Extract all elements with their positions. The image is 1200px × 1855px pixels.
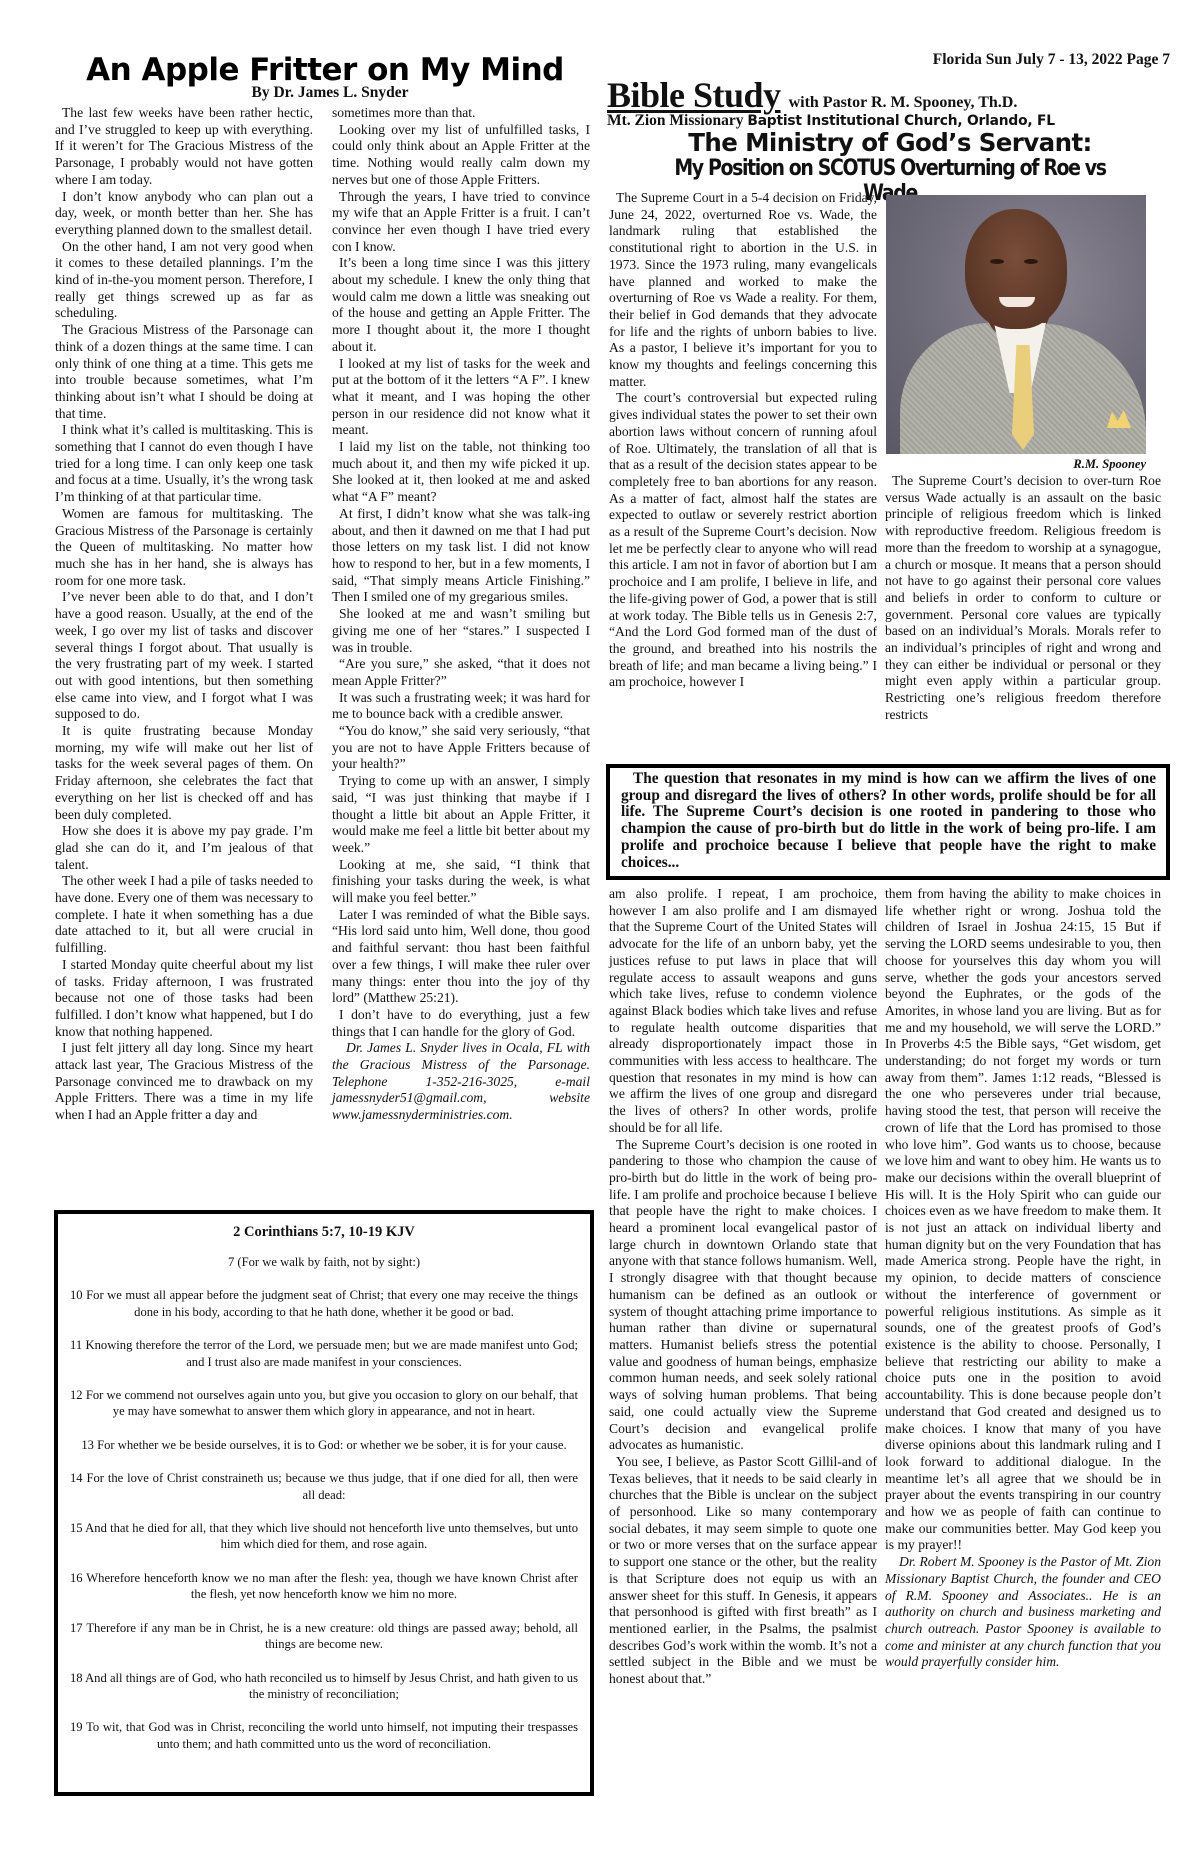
paragraph: I looked at my list of tasks for the wee… <box>332 356 590 440</box>
paragraph: The last few weeks have been rather hect… <box>55 105 313 189</box>
paragraph: I just felt jittery all day long. Since … <box>55 1040 313 1124</box>
article-byline: By Dr. James L. Snyder <box>150 84 510 102</box>
photo-caption: R.M. Spooney <box>886 457 1146 472</box>
section-heading: Bible Study with Pastor R. M. Spooney, T… <box>607 74 1017 116</box>
verse: 13 For whether we be beside ourselves, i… <box>70 1437 578 1453</box>
photo-smile <box>999 297 1035 307</box>
paragraph: I’ve never been able to do that, and I d… <box>55 589 313 723</box>
photo-head <box>965 209 1067 329</box>
bible-study-column-2-bottom: them from having the ability to make cho… <box>885 886 1161 1671</box>
photo-eye <box>1024 259 1038 264</box>
bible-study-column-2-top: The Supreme Court’s decision to over-tur… <box>885 473 1161 724</box>
article-column-1: The last few weeks have been rather hect… <box>55 105 313 1124</box>
article-column-2: sometimes more than that. Looking over m… <box>332 105 590 1124</box>
verse: 19 To wit, that God was in Christ, recon… <box>70 1719 578 1752</box>
author-bio: Dr. James L. Snyder lives in Ocala, FL w… <box>332 1040 590 1124</box>
bible-study-column-1-top: The Supreme Court in a 5-4 decision on F… <box>609 190 877 691</box>
paragraph: She looked at me and wasn’t smiling but … <box>332 606 590 656</box>
bible-study-title: The Ministry of God’s Servant: <box>610 128 1170 157</box>
paragraph: The other week I had a pile of tasks nee… <box>55 873 313 957</box>
paragraph: “Are you sure,” she asked, “that it does… <box>332 656 590 689</box>
paragraph: Looking at me, she said, “I think that f… <box>332 857 590 907</box>
article-title: An Apple Fritter on My Mind <box>85 52 565 88</box>
paragraph: It was such a frustrating week; it was h… <box>332 690 590 723</box>
church-name-prefix: Mt. Zion Missionary <box>607 112 744 129</box>
paragraph: On the other hand, I am not very good wh… <box>55 239 313 323</box>
pull-quote-text: The question that resonates in my mind i… <box>621 771 1156 871</box>
paragraph: It is quite frustrating because Monday m… <box>55 723 313 823</box>
verse: 7 (For we walk by faith, not by sight:) <box>70 1254 578 1270</box>
paragraph: Women are famous for multitasking. The G… <box>55 506 313 590</box>
publication-info: Florida Sun July 7 - 13, 2022 Page 7 <box>870 51 1170 69</box>
paragraph: “You do know,” she said very seriously, … <box>332 723 590 773</box>
paragraph: Looking over my list of unfulfilled task… <box>332 122 590 189</box>
paragraph: It’s been a long time since I was this j… <box>332 255 590 355</box>
paragraph: sometimes more than that. <box>332 105 590 122</box>
paragraph: them from having the ability to make cho… <box>885 886 1161 1554</box>
section-title: Bible Study <box>607 75 781 115</box>
church-name-rest: Baptist Institutional Church, Orlando, F… <box>747 113 1054 129</box>
bible-study-column-1-bottom: am also prolife. I repeat, I am prochoic… <box>609 886 877 1688</box>
photo-eye <box>990 259 1004 264</box>
scripture-title: 2 Corinthians 5:7, 10-19 KJV <box>70 1224 578 1241</box>
paragraph: At first, I didn’t know what she was tal… <box>332 506 590 606</box>
paragraph: I laid my list on the table, not thinkin… <box>332 439 590 506</box>
paragraph: The Gracious Mistress of the Parsonage c… <box>55 322 313 422</box>
verse: 17 Therefore if any man be in Christ, he… <box>70 1620 578 1653</box>
paragraph: The Supreme Court in a 5-4 decision on F… <box>609 190 877 390</box>
verse: 18 And all things are of God, who hath r… <box>70 1670 578 1703</box>
paragraph: The Supreme Court’s decision to over-tur… <box>885 473 1161 724</box>
paragraph: You see, I believe, as Pastor Scott Gill… <box>609 1454 877 1688</box>
scripture-box: 2 Corinthians 5:7, 10-19 KJV 7 (For we w… <box>54 1210 594 1796</box>
paragraph: I don’t have to do everything, just a fe… <box>332 1007 590 1040</box>
paragraph: The court’s controversial but expected r… <box>609 390 877 691</box>
paragraph: Through the years, I have tried to convi… <box>332 189 590 256</box>
paragraph: I don’t know anybody who can plan out a … <box>55 189 313 239</box>
verse: 12 For we commend not ourselves again un… <box>70 1387 578 1420</box>
verse: 11 Knowing therefore the terror of the L… <box>70 1337 578 1370</box>
author-photo <box>886 195 1146 454</box>
paragraph: The Supreme Court’s decision is one root… <box>609 1137 877 1454</box>
paragraph: How she does it is above my pay grade. I… <box>55 823 313 873</box>
paragraph: Later I was reminded of what the Bible s… <box>332 907 590 1007</box>
verse: 16 Wherefore henceforth know we no man a… <box>70 1570 578 1603</box>
paragraph: I think what it’s called is multitasking… <box>55 422 313 506</box>
verse: 10 For we must all appear before the jud… <box>70 1287 578 1320</box>
paragraph: I started Monday quite cheerful about my… <box>55 957 313 1041</box>
paragraph: am also prolife. I repeat, I am prochoic… <box>609 886 877 1137</box>
verse: 15 And that he died for all, that they w… <box>70 1520 578 1553</box>
verse: 14 For the love of Christ constraineth u… <box>70 1470 578 1503</box>
author-bio: Dr. Robert M. Spooney is the Pastor of M… <box>885 1554 1161 1671</box>
paragraph: Trying to come up with an answer, I simp… <box>332 773 590 857</box>
section-author-line: with Pastor R. M. Spooney, Th.D. <box>789 94 1018 111</box>
pull-quote-box: The question that resonates in my mind i… <box>606 764 1170 880</box>
